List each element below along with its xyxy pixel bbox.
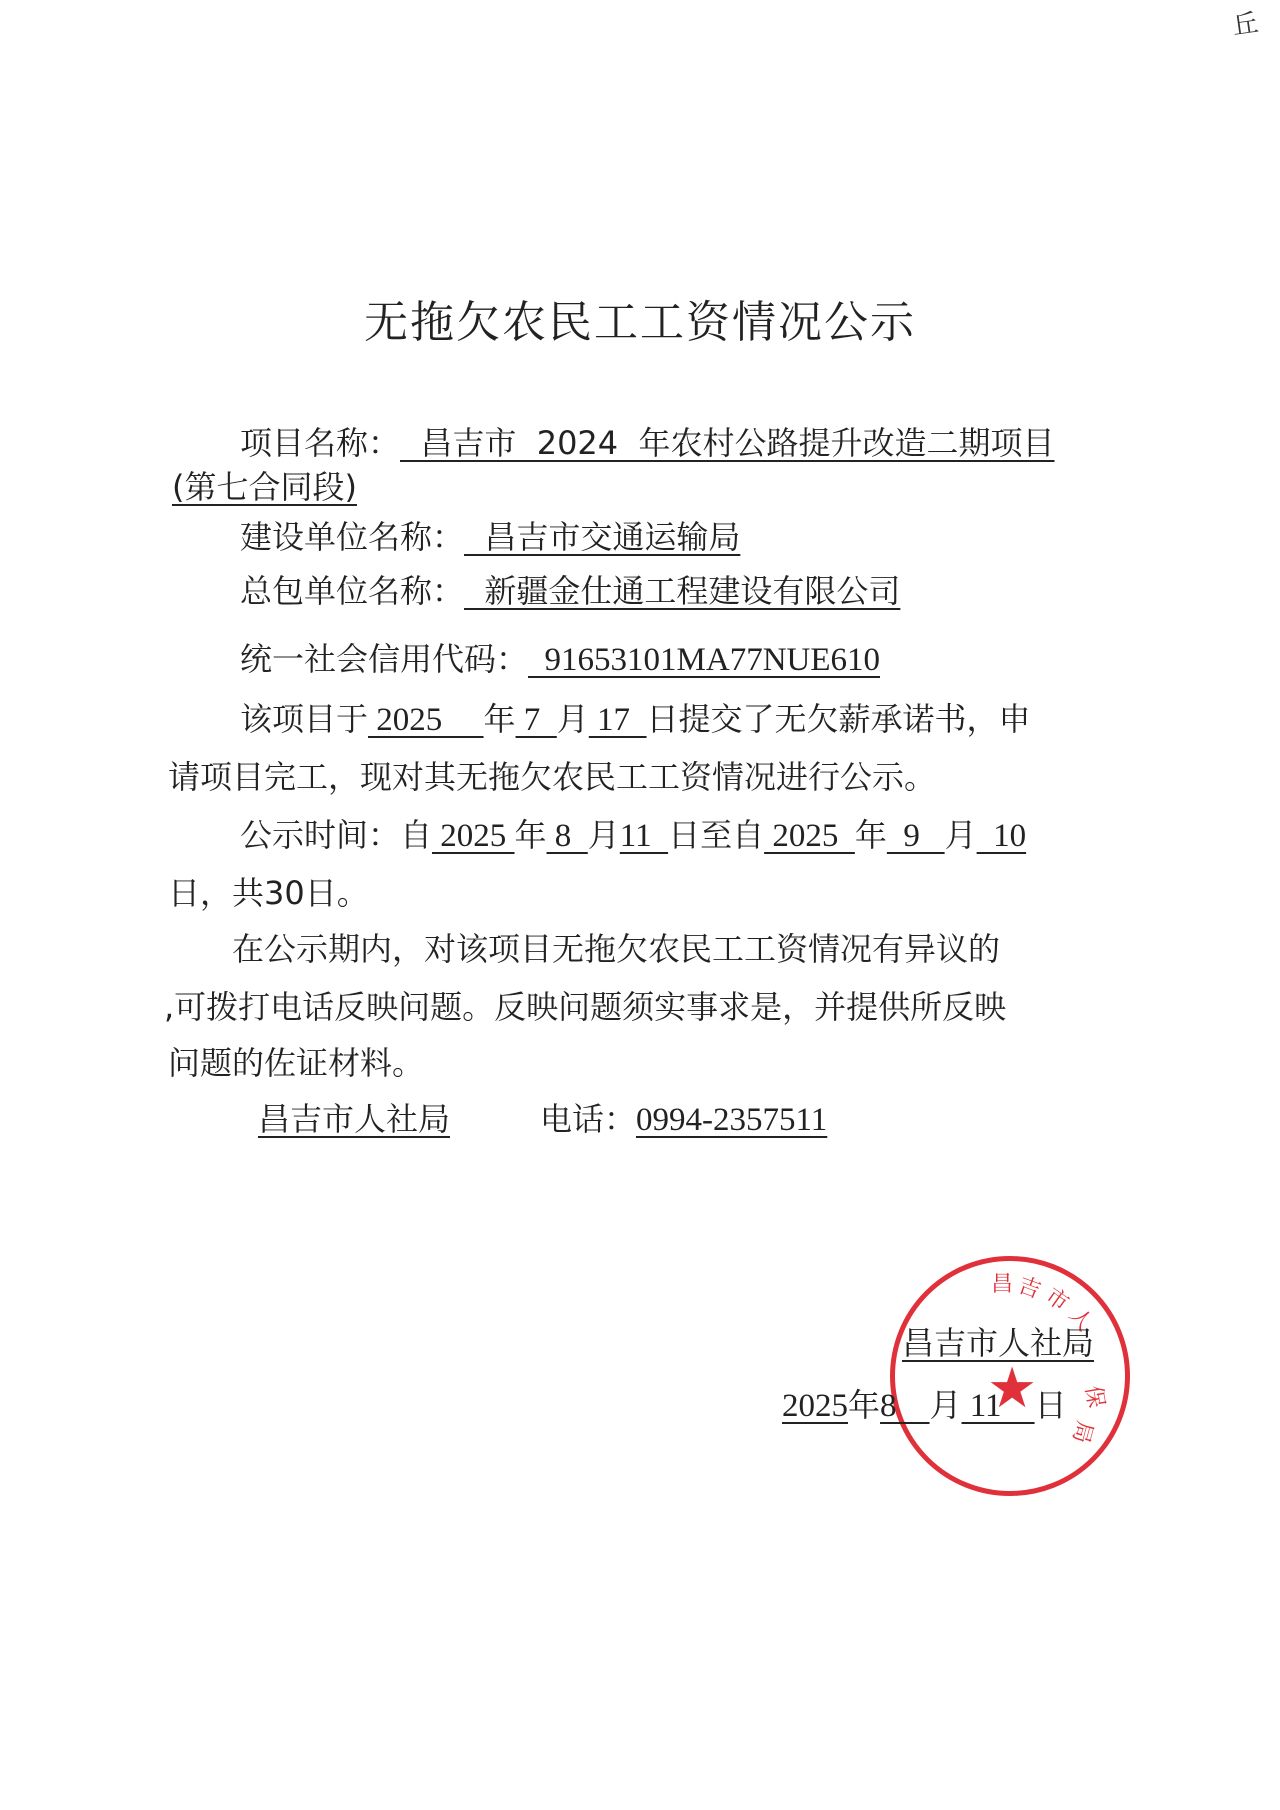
period-end-year: 2025 bbox=[764, 818, 855, 854]
seal-text-char: 昌 bbox=[991, 1267, 1013, 1298]
credit-code-row: 统一社会信用代码： 91653101MA77NUE610 bbox=[240, 634, 880, 680]
period-line-2: 日，共30日。 bbox=[168, 868, 369, 914]
contact-org: 昌吉市人社局 bbox=[258, 1094, 450, 1140]
commitment-year: 2025 bbox=[368, 702, 484, 738]
period-end-day: 10 bbox=[977, 818, 1027, 854]
period-mid: 日至自 bbox=[668, 816, 764, 854]
objection-line-2: ,可拨打电话反映问题。反映问题须实事求是，并提供所反映 bbox=[164, 982, 1006, 1028]
commitment-line-1: 该项目于 2025 年 7 月 17 日提交了无欠薪承诺书，申 bbox=[240, 694, 1031, 740]
seal-text-char: 市 bbox=[1040, 1279, 1076, 1317]
period-prefix: 公示时间：自 bbox=[240, 816, 432, 854]
signature-month-unit: 月 bbox=[930, 1386, 962, 1424]
commitment-month-unit: 月 bbox=[557, 700, 589, 738]
contact-phone: 0994-2357511 bbox=[636, 1102, 827, 1138]
project-name-value: 昌吉市 2024 年农村公路提升改造二期项目 bbox=[400, 424, 1054, 462]
period-year-unit-1: 年 bbox=[515, 816, 547, 854]
seal-text-char: 局 bbox=[1066, 1418, 1102, 1447]
period-year-unit-2: 年 bbox=[855, 816, 887, 854]
contact-phone-row: 电话：0994-2357511 bbox=[540, 1094, 827, 1140]
builder-label: 建设单位名称： bbox=[240, 518, 464, 556]
official-seal: ★ 昌 吉 市 人 保 局 bbox=[890, 1256, 1130, 1496]
seal-text-char: 保 bbox=[1079, 1383, 1113, 1410]
contractor-row: 总包单位名称： 新疆金仕通工程建设有限公司 bbox=[240, 566, 900, 612]
contact-phone-label: 电话： bbox=[540, 1100, 636, 1138]
builder-row: 建设单位名称： 昌吉市交通运输局 bbox=[240, 512, 740, 558]
project-name-value-cont: (第七合同段) bbox=[172, 468, 357, 506]
signature-day-unit: 日 bbox=[1035, 1386, 1067, 1424]
commitment-suffix: 日提交了无欠薪承诺书，申 bbox=[647, 700, 1031, 738]
project-name-row-2: (第七合同段) bbox=[172, 462, 357, 508]
objection-line-1: 在公示期内，对该项目无拖欠农民工工资情况有异议的 bbox=[232, 924, 1000, 970]
document-title: 无拖欠农民工工资情况公示 bbox=[0, 286, 1280, 350]
period-start-day: 11 bbox=[620, 818, 668, 854]
contractor-label: 总包单位名称： bbox=[240, 572, 464, 610]
objection-line-3: 问题的佐证材料。 bbox=[168, 1038, 424, 1084]
period-start-month: 8 bbox=[547, 818, 588, 854]
signature-org-name: 昌吉市人社局 bbox=[902, 1324, 1094, 1362]
page-number-handwritten: 丘 bbox=[1230, 2, 1261, 42]
period-month-unit-1: 月 bbox=[588, 816, 620, 854]
period-line-1: 公示时间：自 2025 年 8 月11 日至自 2025 年 9 月 10 bbox=[240, 810, 1026, 856]
commitment-prefix: 该项目于 bbox=[240, 700, 368, 738]
signature-org: 昌吉市人社局 bbox=[902, 1318, 1094, 1364]
commitment-day: 17 bbox=[589, 702, 647, 738]
signature-month: 8 bbox=[880, 1388, 930, 1424]
period-month-unit-2: 月 bbox=[945, 816, 977, 854]
project-name-row: 项目名称： 昌吉市 2024 年农村公路提升改造二期项目 bbox=[240, 418, 1055, 464]
period-end-month: 9 bbox=[887, 818, 945, 854]
credit-code-value: 91653101MA77NUE610 bbox=[528, 642, 880, 678]
period-start-year: 2025 bbox=[432, 818, 515, 854]
signature-year-unit: 年 bbox=[848, 1386, 880, 1424]
credit-code-label: 统一社会信用代码： bbox=[240, 640, 528, 678]
signature-day: 11 bbox=[962, 1388, 1035, 1424]
commitment-line-2: 请项目完工，现对其无拖欠农民工工资情况进行公示。 bbox=[168, 752, 936, 798]
seal-text-char: 吉 bbox=[1014, 1268, 1045, 1305]
commitment-month: 7 bbox=[516, 702, 557, 738]
contractor-value: 新疆金仕通工程建设有限公司 bbox=[464, 572, 900, 610]
builder-value: 昌吉市交通运输局 bbox=[464, 518, 740, 556]
contact-org-name: 昌吉市人社局 bbox=[258, 1100, 450, 1138]
project-name-label: 项目名称： bbox=[240, 424, 400, 462]
signature-year: 2025 bbox=[782, 1388, 848, 1424]
signature-date: 2025年8 月 11 日 bbox=[782, 1380, 1067, 1426]
commitment-year-unit: 年 bbox=[484, 700, 516, 738]
